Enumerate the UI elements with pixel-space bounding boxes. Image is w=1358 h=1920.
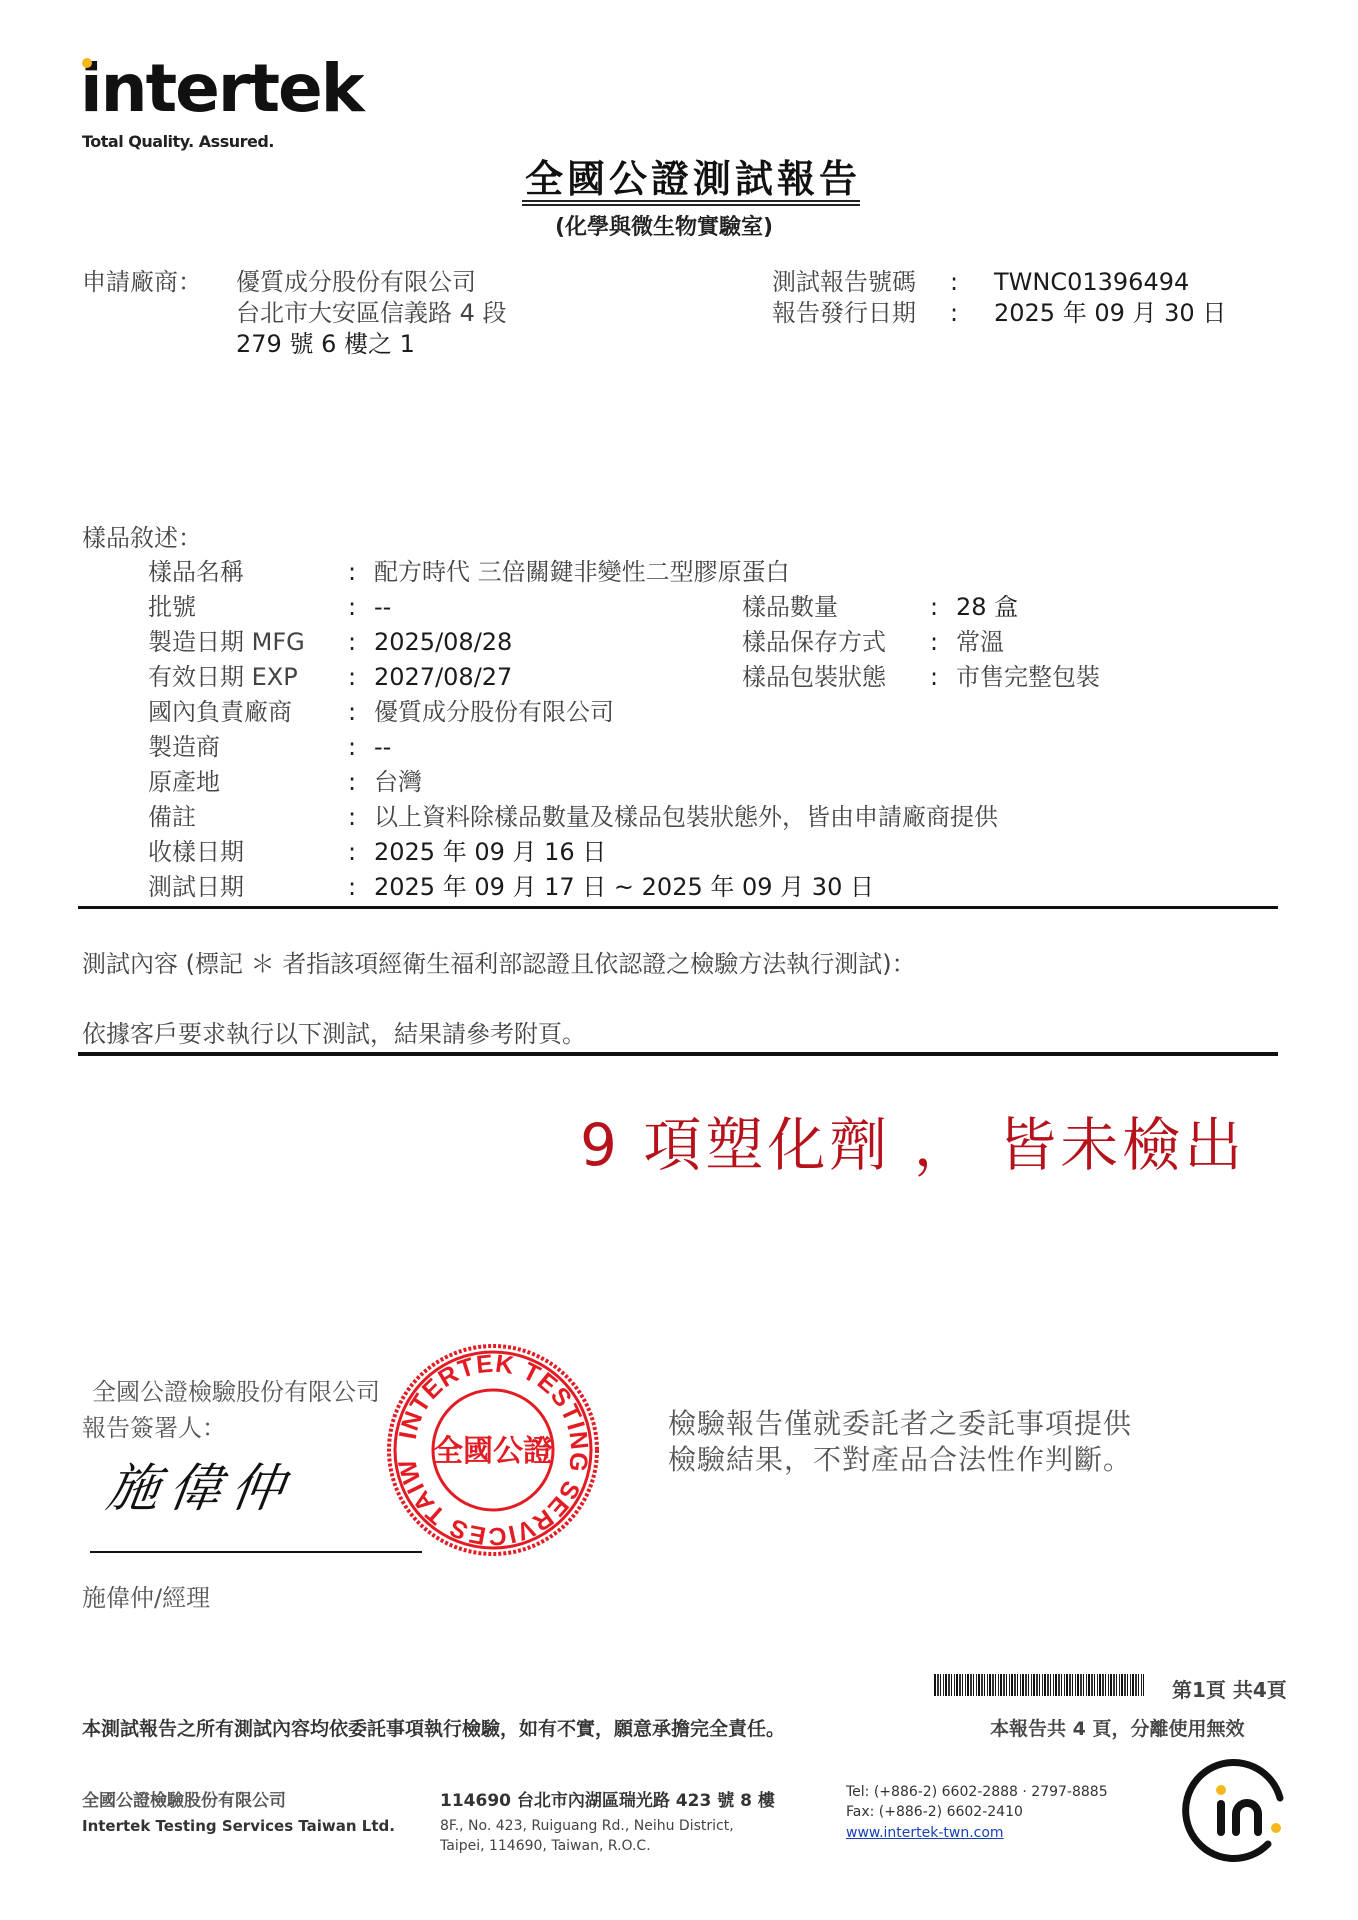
address-en-line1: 8F., No. 423, Ruiguang Rd., Neihu Distri… (440, 1817, 775, 1837)
logo-tagline: Total Quality. Assured. (82, 132, 274, 151)
colon: : (930, 663, 956, 692)
signing-company: 全國公證檢驗股份有限公司 (92, 1372, 380, 1407)
field-label: 製造商 (148, 733, 348, 762)
sample-field: 原產地:台灣 (148, 768, 998, 803)
field-value: 市售完整包裝 (956, 663, 1100, 692)
colon: : (950, 268, 994, 297)
report-number-label: 測試報告號碼 (772, 268, 950, 297)
colon: : (348, 663, 374, 692)
sample-field: 國內負責廠商:優質成分股份有限公司 (148, 698, 998, 733)
report-number-value: TWNC01396494 (994, 268, 1189, 297)
website-link[interactable]: www.intertek-twn.com (846, 1825, 1004, 1841)
colon: : (930, 593, 956, 622)
sample-field: 樣品數量:28 盒 (742, 593, 1100, 628)
field-value: 2027/08/27 (374, 663, 512, 692)
liability-statement: 本測試報告之所有測試內容均依委託事項執行檢驗，如有不實，願意承擔完全責任。 (82, 1714, 785, 1741)
result-highlight: 9 項塑化劑 ， 皆未檢出 (580, 1098, 1246, 1182)
field-value: 28 盒 (956, 593, 1018, 622)
field-label: 製造日期 MFG (148, 628, 348, 657)
intertek-logo: intertek (80, 56, 363, 122)
footer-address: 114690 台北市內湖區瑞光路 423 號 8 樓 8F., No. 423,… (440, 1786, 775, 1856)
field-value: 常溫 (956, 628, 1004, 657)
sample-field: 樣品保存方式:常溫 (742, 628, 1100, 663)
colon: : (348, 838, 374, 867)
field-label: 樣品數量 (742, 593, 930, 622)
signer-name-title: 施偉仲/經理 (82, 1578, 210, 1613)
sample-field: 樣品名稱:配方時代 三倍關鍵非變性二型膠原蛋白 (148, 558, 998, 593)
barcode (934, 1674, 1144, 1696)
field-value: 2025/08/28 (374, 628, 512, 657)
field-value: 配方時代 三倍關鍵非變性二型膠原蛋白 (374, 558, 790, 587)
field-value: -- (374, 733, 391, 762)
company-name-en: Intertek Testing Services Taiwan Ltd. (82, 1817, 395, 1835)
colon: : (348, 593, 374, 622)
test-note: 依據客戶要求執行以下測試，結果請參考附頁。 (82, 1014, 586, 1049)
colon: : (930, 628, 956, 657)
sample-field: 備註:以上資料除樣品數量及樣品包裝狀態外，皆由申請廠商提供 (148, 803, 998, 838)
field-label: 樣品名稱 (148, 558, 348, 587)
applicant-name: 優質成分股份有限公司 (236, 268, 476, 297)
address-cn: 114690 台北市內湖區瑞光路 423 號 8 樓 (440, 1786, 775, 1811)
test-content-label: 測試內容 (標記 ＊ 者指該項經衛生福利部認證且依認證之檢驗方法執行測試)： (82, 944, 916, 979)
sample-field: 測試日期:2025 年 09 月 17 日 ~ 2025 年 09 月 30 日 (148, 873, 998, 908)
sample-field: 樣品包裝狀態:市售完整包裝 (742, 663, 1100, 698)
address-en-line2: Taipei, 114690, Taiwan, R.O.C. (440, 1837, 775, 1857)
applicant-label: 申請廠商： (82, 268, 236, 297)
applicant-block: 申請廠商： 優質成分股份有限公司 台北市大安區信義路 4 段 279 號 6 樓… (82, 268, 507, 358)
page-count-note: 本報告共 4 頁，分離使用無效 (990, 1714, 1244, 1741)
colon: : (348, 873, 374, 902)
colon: : (348, 803, 374, 832)
field-value: 以上資料除樣品數量及樣品包裝狀態外，皆由申請廠商提供 (374, 803, 998, 832)
field-label: 原產地 (148, 768, 348, 797)
fax: Fax: (+886-2) 6602-2410 (846, 1802, 1108, 1822)
footer-company: 全國公證檢驗股份有限公司 Intertek Testing Services T… (82, 1786, 395, 1835)
field-label: 樣品包裝狀態 (742, 663, 930, 692)
official-seal-icon: INTERTEK TESTING SERVICES TAIWAN LTD. 全國… (383, 1340, 603, 1560)
applicant-address-line1: 台北市大安區信義路 4 段 (236, 299, 507, 328)
sample-side-fields: 樣品數量:28 盒 樣品保存方式:常溫 樣品包裝狀態:市售完整包裝 (742, 593, 1100, 698)
field-value: 2025 年 09 月 16 日 (374, 838, 606, 867)
handwritten-signature: 施偉仲 (103, 1446, 300, 1521)
divider (78, 906, 1278, 909)
issue-date-label: 報告發行日期 (772, 299, 950, 328)
field-label: 測試日期 (148, 873, 348, 902)
field-value: 優質成分股份有限公司 (374, 698, 614, 727)
logo-dot-icon (82, 58, 92, 68)
field-label: 備註 (148, 803, 348, 832)
colon: : (348, 698, 374, 727)
report-title: 全國公證測試報告 (525, 148, 861, 203)
field-label: 收樣日期 (148, 838, 348, 867)
field-label: 樣品保存方式 (742, 628, 930, 657)
colon: : (950, 299, 994, 328)
signature-line (90, 1551, 422, 1553)
field-label: 有效日期 EXP (148, 663, 348, 692)
disclaimer-line: 檢驗結果，不對產品合法性作判斷。 (668, 1442, 1132, 1478)
applicant-address-line2: 279 號 6 樓之 1 (236, 330, 415, 359)
field-value: 台灣 (374, 768, 422, 797)
sample-heading: 樣品敘述： (82, 524, 202, 553)
field-label: 國內負責廠商 (148, 698, 348, 727)
colon: : (348, 628, 374, 657)
sample-field: 製造商:-- (148, 733, 998, 768)
company-name-cn: 全國公證檢驗股份有限公司 (82, 1786, 395, 1811)
field-value: -- (374, 593, 391, 622)
colon: : (348, 558, 374, 587)
svg-text:全國公證: 全國公證 (433, 1434, 553, 1469)
page-indicator: 第1頁 共4頁 (1172, 1674, 1287, 1703)
sample-field: 收樣日期:2025 年 09 月 16 日 (148, 838, 998, 873)
report-meta: 測試報告號碼 : TWNC01396494 報告發行日期 : 2025 年 09… (772, 268, 1226, 328)
issue-date-value: 2025 年 09 月 30 日 (994, 299, 1226, 328)
field-label: 批號 (148, 593, 348, 622)
report-subtitle: (化學與微生物實驗室) (555, 210, 773, 241)
colon: : (348, 768, 374, 797)
footer-contact: Tel: (+886-2) 6602-2888 · 2797-8885 Fax:… (846, 1782, 1108, 1843)
field-value: 2025 年 09 月 17 日 ~ 2025 年 09 月 30 日 (374, 873, 874, 902)
title-double-underline (522, 200, 860, 206)
divider (78, 1052, 1278, 1056)
telephone: Tel: (+886-2) 6602-2888 · 2797-8885 (846, 1782, 1108, 1802)
disclaimer: 檢驗報告僅就委託者之委託事項提供 檢驗結果，不對產品合法性作判斷。 (668, 1406, 1132, 1479)
disclaimer-line: 檢驗報告僅就委託者之委託事項提供 (668, 1406, 1132, 1442)
colon: : (348, 733, 374, 762)
intertek-in-logo-icon (1176, 1752, 1292, 1868)
signatory-label: 報告簽署人： (82, 1408, 226, 1443)
